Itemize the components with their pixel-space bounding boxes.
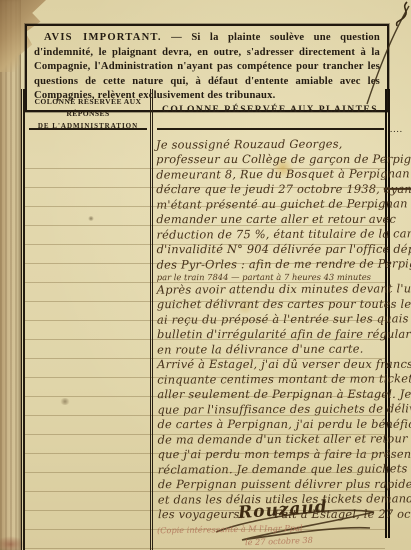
admin-column-header: COLONNE RÉSERVÉE AUX RÉPONSES DE L'ADMIN…: [30, 96, 146, 132]
plaintes-header-underline: [157, 128, 384, 130]
handwritten-line: par le train 7844 — partant à 7 heures 4…: [157, 272, 403, 282]
handwritten-line: Après avoir attendu dix minutes devant l…: [157, 281, 403, 297]
handwritten-line: d'invalidité N° 904 délivrée par l'offic…: [157, 242, 403, 257]
underline-dots: ....: [390, 124, 403, 134]
handwritten-line: aller seulement de Perpignan à Estagel. …: [157, 387, 403, 402]
scanned-register-page: AVIS IMPORTANT. — Si la plainte soulève …: [0, 0, 411, 550]
paper-stain: [60, 398, 70, 405]
plaintes-column-header: COLONNE RÉSERVÉE AUX PLAINTES: [158, 104, 382, 115]
handwritten-line: demeurant 8, Rue du Bosquet à Perpignan: [156, 166, 402, 182]
handwritten-line: ai reçu du préposé à l'entrée sur les qu…: [157, 311, 403, 327]
handwritten-line: demander une carte aller et retour avec: [156, 212, 402, 227]
paper-stain: [88, 216, 94, 221]
handwritten-line: de cartes à Perpignan, j'ai perdu le bén…: [157, 417, 403, 432]
handwritten-line: professeur au Collège de garçon de Perpi…: [156, 152, 402, 167]
handwritten-line: m'étant présenté au guichet de Perpignan…: [156, 196, 402, 212]
handwritten-line: bulletin d'irrégularité afin de faire ré…: [157, 327, 403, 342]
handwritten-line: des Pyr-Orles : afin de me rendre de Per…: [157, 256, 403, 272]
handwritten-line: de Perpignan puissent délivrer plus rapi…: [158, 477, 404, 492]
handwritten-line: réduction de 75 %, étant titulaire de la…: [156, 226, 402, 242]
handwritten-line: que j'ai perdu mon temps à faire la prés…: [158, 447, 404, 462]
handwritten-line: déclare que le jeudi 27 octobre 1938, ay…: [156, 182, 402, 197]
handwritten-line: de ma demande d'un ticket aller et retou…: [158, 431, 404, 447]
handwritten-line: Arrivé à Estagel, j'ai dû verser deux fr…: [157, 357, 403, 372]
handwritten-line: guichet délivrant des cartes pour toutes…: [157, 297, 403, 312]
handwritten-line: cinquante centimes montant de mon ticket: [157, 371, 403, 387]
handwritten-line: que par l'insuffisance des guichets de d…: [157, 401, 403, 417]
table-left-border: [21, 89, 25, 550]
handwritten-line: réclamation. Je demande que les guichets: [158, 461, 404, 477]
column-divider: [150, 89, 153, 550]
book-binding-edge: [0, 0, 21, 550]
admin-column-header-line1: COLONNE RÉSERVÉE AUX RÉPONSES: [30, 96, 146, 120]
pen-flourish-mark: [351, 0, 411, 110]
handwritten-line: Je soussigné Rouzaud Georges,: [156, 136, 402, 152]
notice-title: AVIS IMPORTANT.: [34, 32, 162, 43]
handwritten-line: en route la délivrance d'une carte.: [157, 341, 403, 357]
admin-column-header-line2: DE L'ADMINISTRATION: [30, 120, 146, 132]
complaint-text: Je soussigné Rouzaud Georges,professeur …: [156, 136, 404, 522]
admin-header-underline: [29, 128, 147, 130]
